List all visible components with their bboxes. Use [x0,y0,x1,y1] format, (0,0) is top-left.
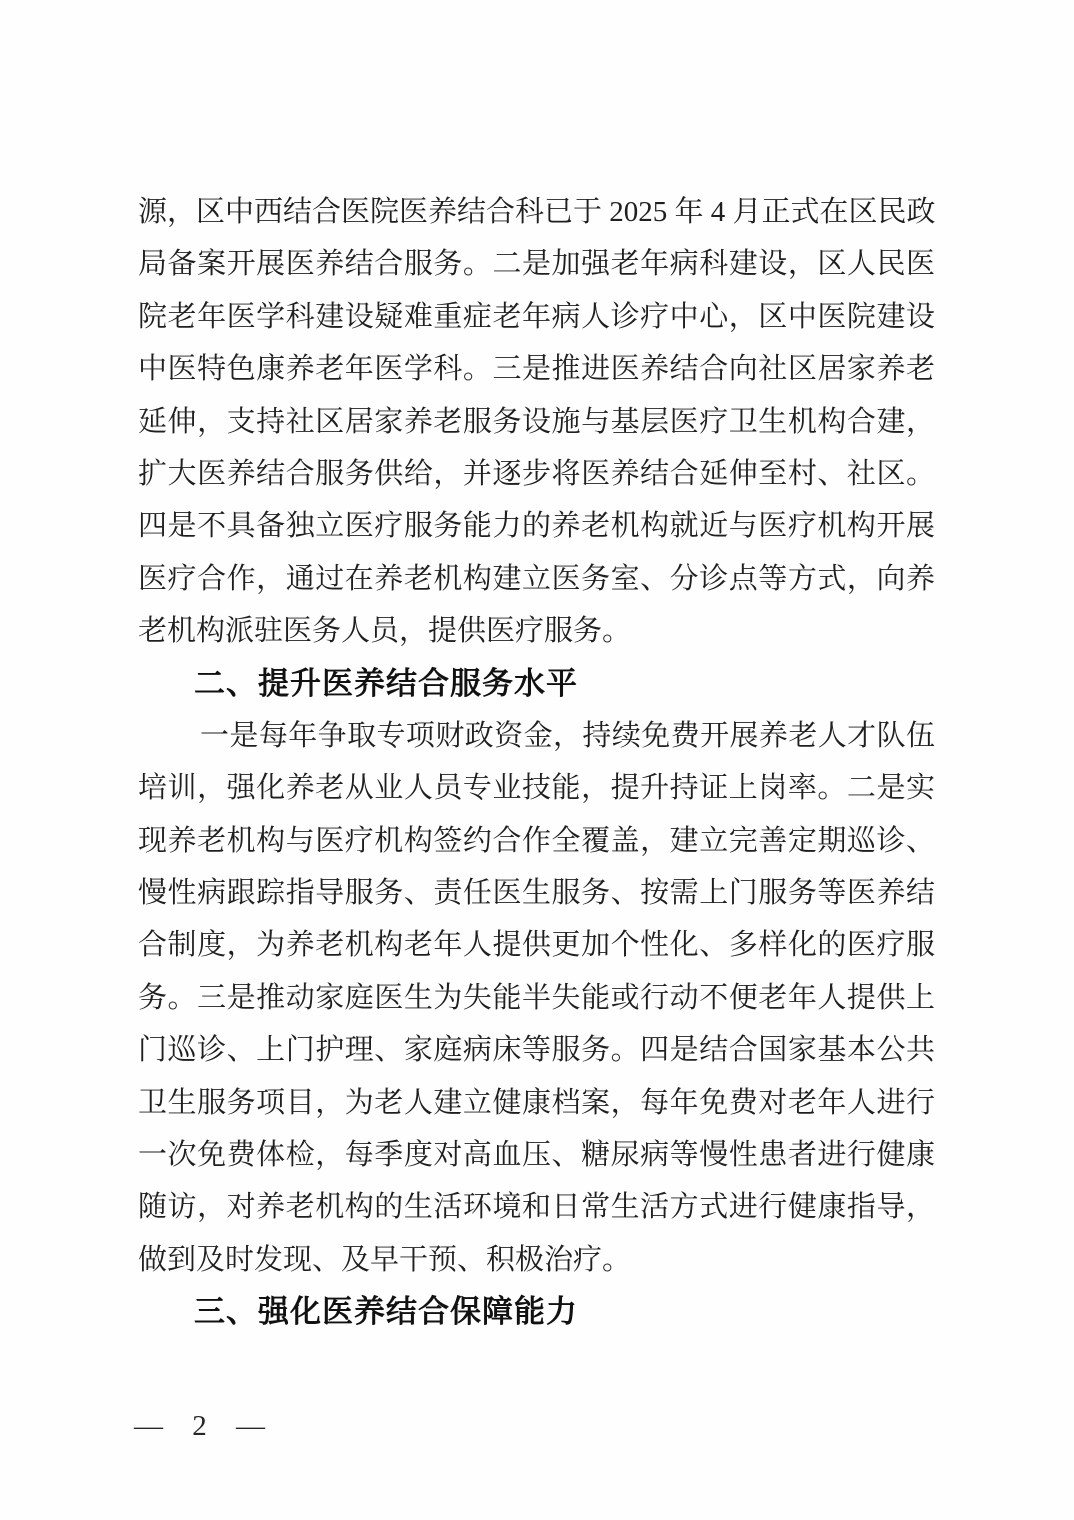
text-line: 扩大医养结合服务供给，并逐步将医养结合延伸至村、社区。 [138,448,935,500]
text-line: 一次免费体检，每季度对高血压、糖尿病等慢性患者进行健康 [138,1129,935,1181]
document-page: 源，区中西结合医院医养结合科已于 2025 年 4 月正式在区民政 局备案开展医… [0,0,1074,1520]
text-line: 老机构派驻医务人员，提供医疗服务。 [138,605,935,657]
text-line: 医疗合作，通过在养老机构建立医务室、分诊点等方式，向养 [138,553,935,605]
section-heading-2: 二、提升医养结合服务水平 [138,658,935,710]
text-line: 局备案开展医养结合服务。二是加强老年病科建设，区人民医 [138,238,935,290]
text-line: 务。三是推动家庭医生为失能半失能或行动不便老年人提供上 [138,972,935,1024]
text-line: 中医特色康养老年医学科。三是推进医养结合向社区居家养老 [138,343,935,395]
text-line: 随访，对养老机构的生活环境和日常生活方式进行健康指导， [138,1181,935,1233]
text-line: 现养老机构与医疗机构签约合作全覆盖，建立完善定期巡诊、 [138,815,935,867]
text-line: 合制度，为养老机构老年人提供更加个性化、多样化的医疗服 [138,919,935,971]
text-line: 延伸，支持社区居家养老服务设施与基层医疗卫生机构合建， [138,396,935,448]
text-line: 培训，强化养老从业人员专业技能，提升持证上岗率。二是实 [138,762,935,814]
document-body: 源，区中西结合医院医养结合科已于 2025 年 4 月正式在区民政 局备案开展医… [138,186,935,1339]
text-line: 卫生服务项目，为老人建立健康档案，每年免费对老年人进行 [138,1077,935,1129]
text-line: 做到及时发现、及早干预、积极治疗。 [138,1234,935,1286]
text-line: 门巡诊、上门护理、家庭病床等服务。四是结合国家基本公共 [138,1024,935,1076]
text-line: 慢性病跟踪指导服务、责任医生服务、按需上门服务等医养结 [138,867,935,919]
page-number: — 2 — [134,1404,273,1448]
text-line: 院老年医学科建设疑难重症老年病人诊疗中心，区中医院建设 [138,291,935,343]
text-line: 一是每年争取专项财政资金，持续免费开展养老人才队伍 [138,710,935,762]
text-line: 源，区中西结合医院医养结合科已于 2025 年 4 月正式在区民政 [138,186,935,238]
section-heading-3: 三、强化医养结合保障能力 [138,1286,935,1338]
text-line: 四是不具备独立医疗服务能力的养老机构就近与医疗机构开展 [138,500,935,552]
